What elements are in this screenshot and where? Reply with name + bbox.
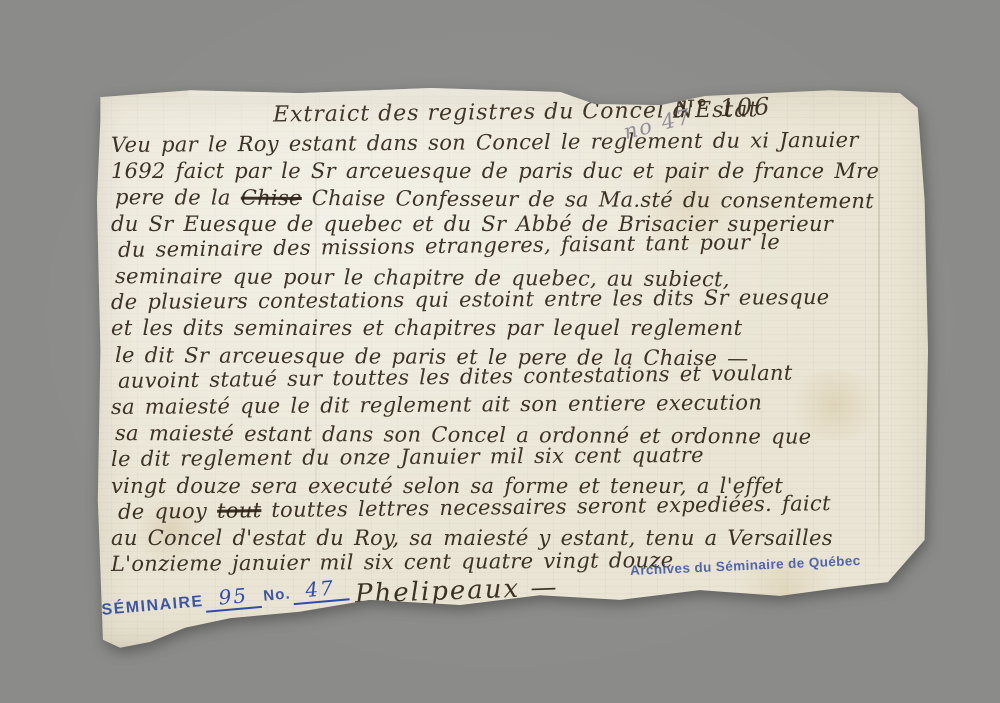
- seminaire-number-blank: 47: [291, 574, 349, 605]
- line-text: pere de la: [115, 185, 241, 210]
- photo-backdrop: Extraict des registres du Concel d'Estat…: [0, 0, 1000, 703]
- line-text: le dit reglement du onze Januier mil six…: [111, 443, 704, 471]
- line-text: de quoy: [118, 499, 217, 524]
- line-text: L'onzieme januier mil six cent quatre vi…: [111, 548, 674, 576]
- seminaire-stamp-label: SÉMINAIRE: [101, 593, 204, 619]
- seminaire-volume: 95: [218, 583, 249, 609]
- manuscript-line: sa maiesté que le dit reglement ait son …: [111, 388, 923, 420]
- manuscript-line: 1692 faict par le Sr arceuesque de paris…: [111, 158, 923, 184]
- document-header: Extraict des registres du Concel d'Estat…: [113, 96, 913, 130]
- manuscript-line: et les dits seminaires et chapitres par …: [111, 315, 923, 341]
- manuscript-line: le dit reglement du onze Januier mil six…: [111, 441, 923, 473]
- line-text: Chaise Confesseur de sa Ma.sté du consen…: [302, 186, 874, 213]
- manuscript-line: de plusieurs contestations qui estoint e…: [111, 284, 923, 316]
- signature: Phelipeaux —: [355, 572, 559, 609]
- seminaire-no-label: No.: [263, 585, 292, 604]
- line-text: Veu par le Roy estant dans son Concel le…: [111, 128, 859, 157]
- manuscript-line: pere de la Chise Chaise Confesseur de sa…: [115, 184, 927, 214]
- line-text: sa maiesté que le dit reglement ait son …: [111, 390, 762, 419]
- seminaire-volume-blank: 95: [204, 582, 262, 613]
- line-text: 1692 faict par le Sr arceuesque de paris…: [111, 159, 879, 183]
- manuscript-paper: Extraict des registres du Concel d'Estat…: [85, 80, 940, 650]
- seminaire-stamp: SÉMINAIRE95No.47: [100, 574, 351, 622]
- manuscript-body: Veu par le Roy estant dans son Concel le…: [111, 132, 923, 577]
- struck-word: Chise: [241, 186, 302, 210]
- line-text: et les dits seminaires et chapitres par …: [111, 316, 742, 340]
- line-text: touttes lettres necessaires seront exped…: [261, 491, 831, 522]
- struck-word: tout: [217, 498, 262, 523]
- seminaire-number: 47: [304, 576, 335, 602]
- line-text: de plusieurs contestations qui estoint e…: [111, 285, 830, 314]
- manuscript-line: Veu par le Roy estant dans son Concel le…: [111, 126, 923, 158]
- paper-shadow: Extraict des registres du Concel d'Estat…: [85, 80, 940, 650]
